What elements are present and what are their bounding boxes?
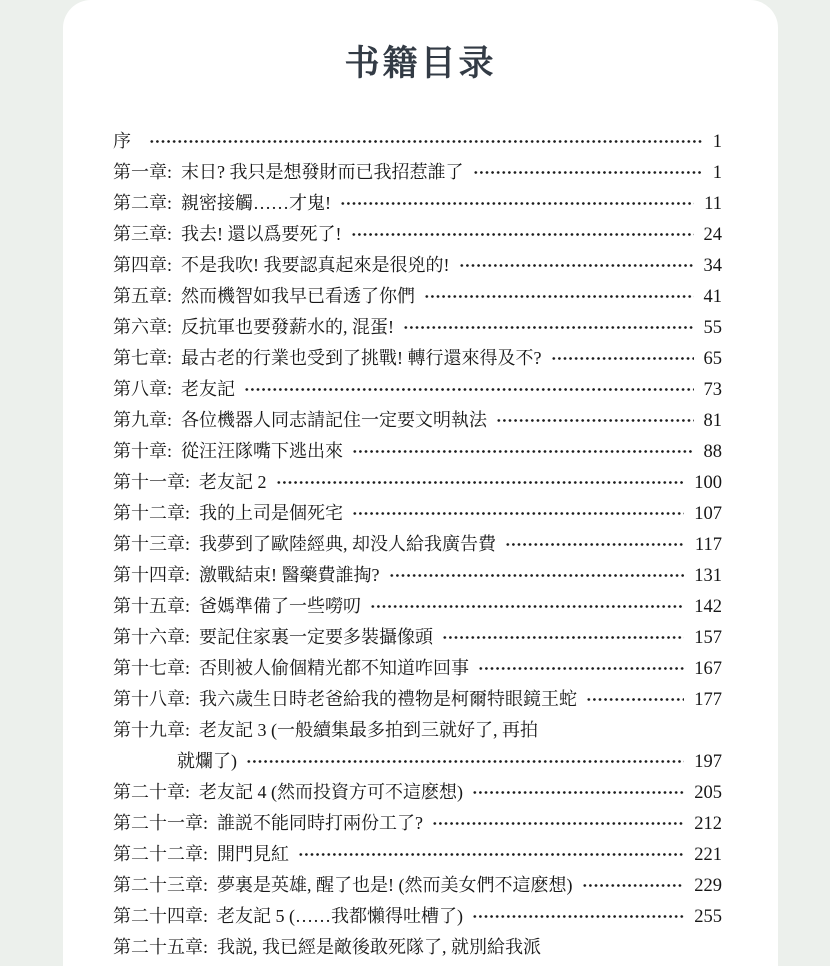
toc-row-ch18[interactable]: 第十八章: 我六歲生日時老爸給我的禮物是柯爾特眼鏡王蛇 177	[113, 684, 722, 715]
toc-row-ch20[interactable]: 第二十章: 老友記 4 (然而投資方可不這麽想) 205	[113, 777, 722, 808]
chapter-title: 最古老的行業也受到了挑戰! 轉行還來得及不?	[181, 343, 541, 374]
chapter-label: 第九章:	[113, 405, 172, 436]
chapter-title: 老友記 2	[199, 467, 267, 498]
dot-leader	[496, 405, 693, 436]
chapter-label: 第六章:	[113, 312, 172, 343]
chapter-label: 第八章:	[113, 374, 172, 405]
toc-row-ch6[interactable]: 第六章: 反抗軍也要發薪水的, 混蛋! 55	[113, 312, 722, 343]
toc-row-ch21[interactable]: 第二十一章: 誰説不能同時打兩份工了? 212	[113, 808, 722, 839]
page-number: 205	[694, 778, 722, 809]
page-number: 81	[704, 406, 723, 437]
dot-leader	[472, 901, 684, 932]
chapter-title: 老友記 5 (……我都懶得吐槽了)	[217, 901, 463, 932]
dot-leader	[505, 529, 685, 560]
chapter-title: 否則被人偷個精光都不知道咋回事	[199, 653, 469, 684]
dot-leader	[586, 684, 684, 715]
chapter-label: 第十八章:	[113, 684, 190, 715]
chapter-title: 不是我吹! 我要認真起來是很兇的!	[181, 250, 450, 281]
toc-row-ch19-line2[interactable]: 就爛了) 197	[113, 746, 722, 777]
page-number: 177	[694, 685, 722, 716]
page-number: 88	[704, 437, 723, 468]
chapter-label: 第十六章:	[113, 622, 190, 653]
chapter-label: 第十四章:	[113, 560, 190, 591]
toc-row-ch17[interactable]: 第十七章: 否則被人偷個精光都不知道咋回事 167	[113, 653, 722, 684]
toc-row-ch12[interactable]: 第十二章: 我的上司是個死宅 107	[113, 498, 722, 529]
page-number: 107	[694, 499, 722, 530]
chapter-label: 第二章:	[113, 188, 172, 219]
toc-row-ch16[interactable]: 第十六章: 要記住家裏一定要多裝攝像頭 157	[113, 622, 722, 653]
toc-row-ch13[interactable]: 第十三章: 我夢到了歐陸經典, 却没人給我廣告費 117	[113, 529, 722, 560]
page-number: 142	[694, 592, 722, 623]
dot-leader	[352, 498, 684, 529]
toc-card: 书籍目录 序 1 第一章: 末日? 我只是想發財而已我招惹誰了 1 第二章: 親…	[63, 0, 778, 966]
chapter-label: 第五章:	[113, 281, 172, 312]
toc-row-ch4[interactable]: 第四章: 不是我吹! 我要認真起來是很兇的! 34	[113, 250, 722, 281]
toc-row-ch10[interactable]: 第十章: 從汪汪隊嘴下逃出來 88	[113, 436, 722, 467]
chapter-title: 開門見紅	[217, 839, 289, 870]
toc-row-ch24[interactable]: 第二十四章: 老友記 5 (……我都懶得吐槽了) 255	[113, 901, 722, 932]
toc-row-ch22[interactable]: 第二十二章: 開門見紅 221	[113, 839, 722, 870]
dot-leader	[389, 560, 685, 591]
dot-leader	[424, 281, 693, 312]
page-number: 1	[713, 158, 722, 189]
chapter-title: 誰説不能同時打兩份工了?	[217, 808, 423, 839]
toc-row-ch19-line1[interactable]: 第十九章: 老友記 3 (一般續集最多拍到三就好了, 再拍	[113, 715, 722, 746]
dot-leader	[551, 343, 694, 374]
chapter-label: 第七章:	[113, 343, 172, 374]
toc-row-ch9[interactable]: 第九章: 各位機器人同志請記住一定要文明執法 81	[113, 405, 722, 436]
toc-row-ch8[interactable]: 第八章: 老友記 73	[113, 374, 722, 405]
dot-leader	[582, 870, 685, 901]
toc-row-ch14[interactable]: 第十四章: 激戰結束! 醫藥費誰掏? 131	[113, 560, 722, 591]
dot-leader	[459, 250, 694, 281]
dot-leader	[370, 591, 684, 622]
chapter-title: 我夢到了歐陸經典, 却没人給我廣告費	[199, 529, 496, 560]
page-title: 书籍目录	[63, 0, 778, 84]
dot-leader	[473, 157, 703, 188]
chapter-label: 序	[113, 126, 131, 157]
dot-leader	[276, 467, 685, 498]
chapter-label: 第二十章:	[113, 777, 190, 808]
dot-leader	[472, 777, 684, 808]
page-number: 167	[694, 654, 722, 685]
chapter-title: 反抗軍也要發薪水的, 混蛋!	[181, 312, 394, 343]
chapter-label: 第二十五章:	[113, 932, 208, 963]
chapter-title: 從汪汪隊嘴下逃出來	[181, 436, 343, 467]
toc-row-ch1[interactable]: 第一章: 末日? 我只是想發財而已我招惹誰了 1	[113, 157, 722, 188]
chapter-label: 第二十二章:	[113, 839, 208, 870]
chapter-label: 第三章:	[113, 219, 172, 250]
chapter-label: 第一章:	[113, 157, 172, 188]
page-number: 100	[694, 468, 722, 499]
chapter-label: 第十三章:	[113, 529, 190, 560]
chapter-label: 第二十一章:	[113, 808, 208, 839]
chapter-title: 老友記	[181, 374, 235, 405]
page-number: 55	[704, 313, 723, 344]
dot-leader	[340, 188, 694, 219]
chapter-title: 我去! 還以爲要死了!	[181, 219, 342, 250]
page-number: 221	[694, 840, 722, 871]
dot-leader	[442, 622, 684, 653]
toc-row-ch2[interactable]: 第二章: 親密接觸……才鬼! 11	[113, 188, 722, 219]
toc-row-preface[interactable]: 序 1	[113, 126, 722, 157]
chapter-title: 夢裏是英雄, 醒了也是! (然而美女們不這麽想)	[217, 870, 572, 901]
chapter-label: 第十章:	[113, 436, 172, 467]
chapter-label: 第四章:	[113, 250, 172, 281]
page-number: 212	[694, 809, 722, 840]
chapter-title: 我説, 我已經是敵後敢死隊了, 就別給我派	[217, 932, 541, 963]
toc-row-ch3[interactable]: 第三章: 我去! 還以爲要死了! 24	[113, 219, 722, 250]
page-number: 131	[694, 561, 722, 592]
chapter-title: 激戰結束! 醫藥費誰掏?	[199, 560, 379, 591]
toc-row-ch5[interactable]: 第五章: 然而機智如我早已看透了你們 41	[113, 281, 722, 312]
dot-leader	[403, 312, 693, 343]
dot-leader	[432, 808, 684, 839]
toc-row-ch11[interactable]: 第十一章: 老友記 2 100	[113, 467, 722, 498]
chapter-label: 第二十四章:	[113, 901, 208, 932]
page-number: 41	[704, 282, 723, 313]
dot-leader	[246, 746, 684, 777]
page-number: 255	[694, 902, 722, 933]
dot-leader	[351, 219, 694, 250]
chapter-title: 要記住家裏一定要多裝攝像頭	[199, 622, 433, 653]
toc-list: 序 1 第一章: 末日? 我只是想發財而已我招惹誰了 1 第二章: 親密接觸………	[63, 126, 778, 963]
page-number: 11	[704, 189, 722, 220]
page-number: 73	[704, 375, 723, 406]
chapter-title: 爸媽準備了一些嘮叨	[199, 591, 361, 622]
dot-leader	[352, 436, 693, 467]
chapter-title: 然而機智如我早已看透了你們	[181, 281, 415, 312]
toc-row-ch7[interactable]: 第七章: 最古老的行業也受到了挑戰! 轉行還來得及不? 65	[113, 343, 722, 374]
chapter-label: 第二十三章:	[113, 870, 208, 901]
page-number: 117	[695, 530, 722, 561]
toc-row-ch23[interactable]: 第二十三章: 夢裏是英雄, 醒了也是! (然而美女們不這麽想) 229	[113, 870, 722, 901]
page-number: 1	[713, 127, 722, 158]
chapter-title: 老友記 4 (然而投資方可不這麽想)	[199, 777, 463, 808]
toc-row-ch25[interactable]: 第二十五章: 我説, 我已經是敵後敢死隊了, 就別給我派	[113, 932, 722, 963]
page-number: 157	[694, 623, 722, 654]
page-number: 65	[704, 344, 723, 375]
dot-leader	[149, 126, 703, 157]
chapter-title: 親密接觸……才鬼!	[181, 188, 331, 219]
chapter-title: 老友記 3 (一般續集最多拍到三就好了, 再拍	[199, 715, 538, 746]
chapter-title: 我六歲生日時老爸給我的禮物是柯爾特眼鏡王蛇	[199, 684, 577, 715]
chapter-title: 我的上司是個死宅	[199, 498, 343, 529]
chapter-title: 各位機器人同志請記住一定要文明執法	[181, 405, 487, 436]
chapter-label: 第十五章:	[113, 591, 190, 622]
chapter-title: 末日? 我只是想發財而已我招惹誰了	[181, 157, 464, 188]
dot-leader	[478, 653, 684, 684]
chapter-label: 第十七章:	[113, 653, 190, 684]
page-number: 197	[694, 747, 722, 778]
page-number: 229	[694, 871, 722, 902]
toc-row-ch15[interactable]: 第十五章: 爸媽準備了一些嘮叨 142	[113, 591, 722, 622]
page-number: 34	[704, 251, 723, 282]
dot-leader	[298, 839, 684, 870]
dot-leader	[244, 374, 693, 405]
chapter-label: 第十二章:	[113, 498, 190, 529]
chapter-label: 第十一章:	[113, 467, 190, 498]
page-number: 24	[704, 220, 723, 251]
chapter-label: 第十九章:	[113, 715, 190, 746]
chapter-title: 就爛了)	[177, 746, 237, 777]
